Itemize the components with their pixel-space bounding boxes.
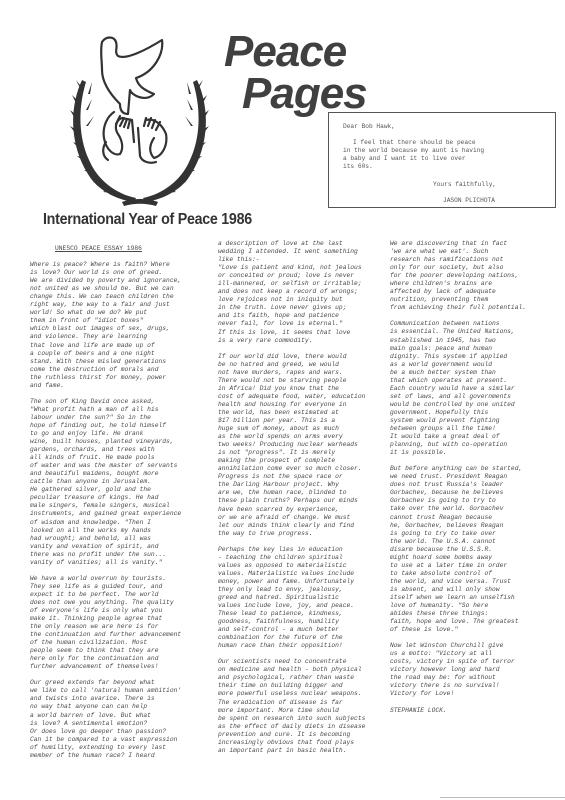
essay-column-1: UNESCO PEACE ESSAY 1986 Where is peace? … (30, 245, 200, 768)
essay-title: UNESCO PEACE ESSAY 1986 (55, 245, 200, 253)
essay-paragraph: Communication between nations is essenti… (390, 320, 560, 457)
essay-paragraph: Perhaps the key lies in education - teac… (218, 546, 388, 651)
page-edge-line (440, 797, 565, 798)
dove-hands-laurel-icon (62, 30, 217, 210)
essay-paragraph: Our greed extends far beyond what we lik… (30, 679, 200, 759)
masthead-line-1: Peace (224, 30, 367, 74)
essay-column-3: We are discovering that in fact 'we are … (390, 240, 560, 723)
letter-body: I feel that there should be peace in the… (343, 139, 545, 171)
letter-signature: JASON PLICHOTA (443, 197, 545, 205)
essay-paragraph: But before anything can be started, we n… (390, 465, 560, 634)
letter-salutation: Dear Bob Hawk, (343, 123, 545, 131)
headline: International Year of Peace 1986 (43, 211, 252, 229)
essay-author: STEPHANIE LOCK. (390, 707, 560, 715)
essay-paragraph: If our world did love, there would be no… (218, 353, 388, 538)
essay-paragraph: We are discovering that in fact 'we are … (390, 240, 560, 312)
essay-paragraph: Where is peace? Where is faith? Where is… (30, 261, 200, 390)
masthead-line-2: Pages (242, 72, 367, 116)
essay-paragraph: The son of King David once asked, "What … (30, 398, 200, 567)
letter-closing: Yours faithfully, (433, 181, 545, 189)
essay-paragraph: Our scientists need to concentrate on me… (218, 658, 388, 755)
essay-paragraph: Now let Winston Churchill give us a mott… (390, 642, 560, 698)
essay-paragraph: We have a world overrun by tourists. The… (30, 575, 200, 672)
essay-paragraph: a description of love at the last weddin… (218, 240, 388, 345)
letter-box: Dear Bob Hawk, I feel that there should … (328, 112, 556, 208)
essay-column-2: a description of love at the last weddin… (218, 240, 388, 763)
masthead-title: Peace Pages (220, 30, 367, 116)
